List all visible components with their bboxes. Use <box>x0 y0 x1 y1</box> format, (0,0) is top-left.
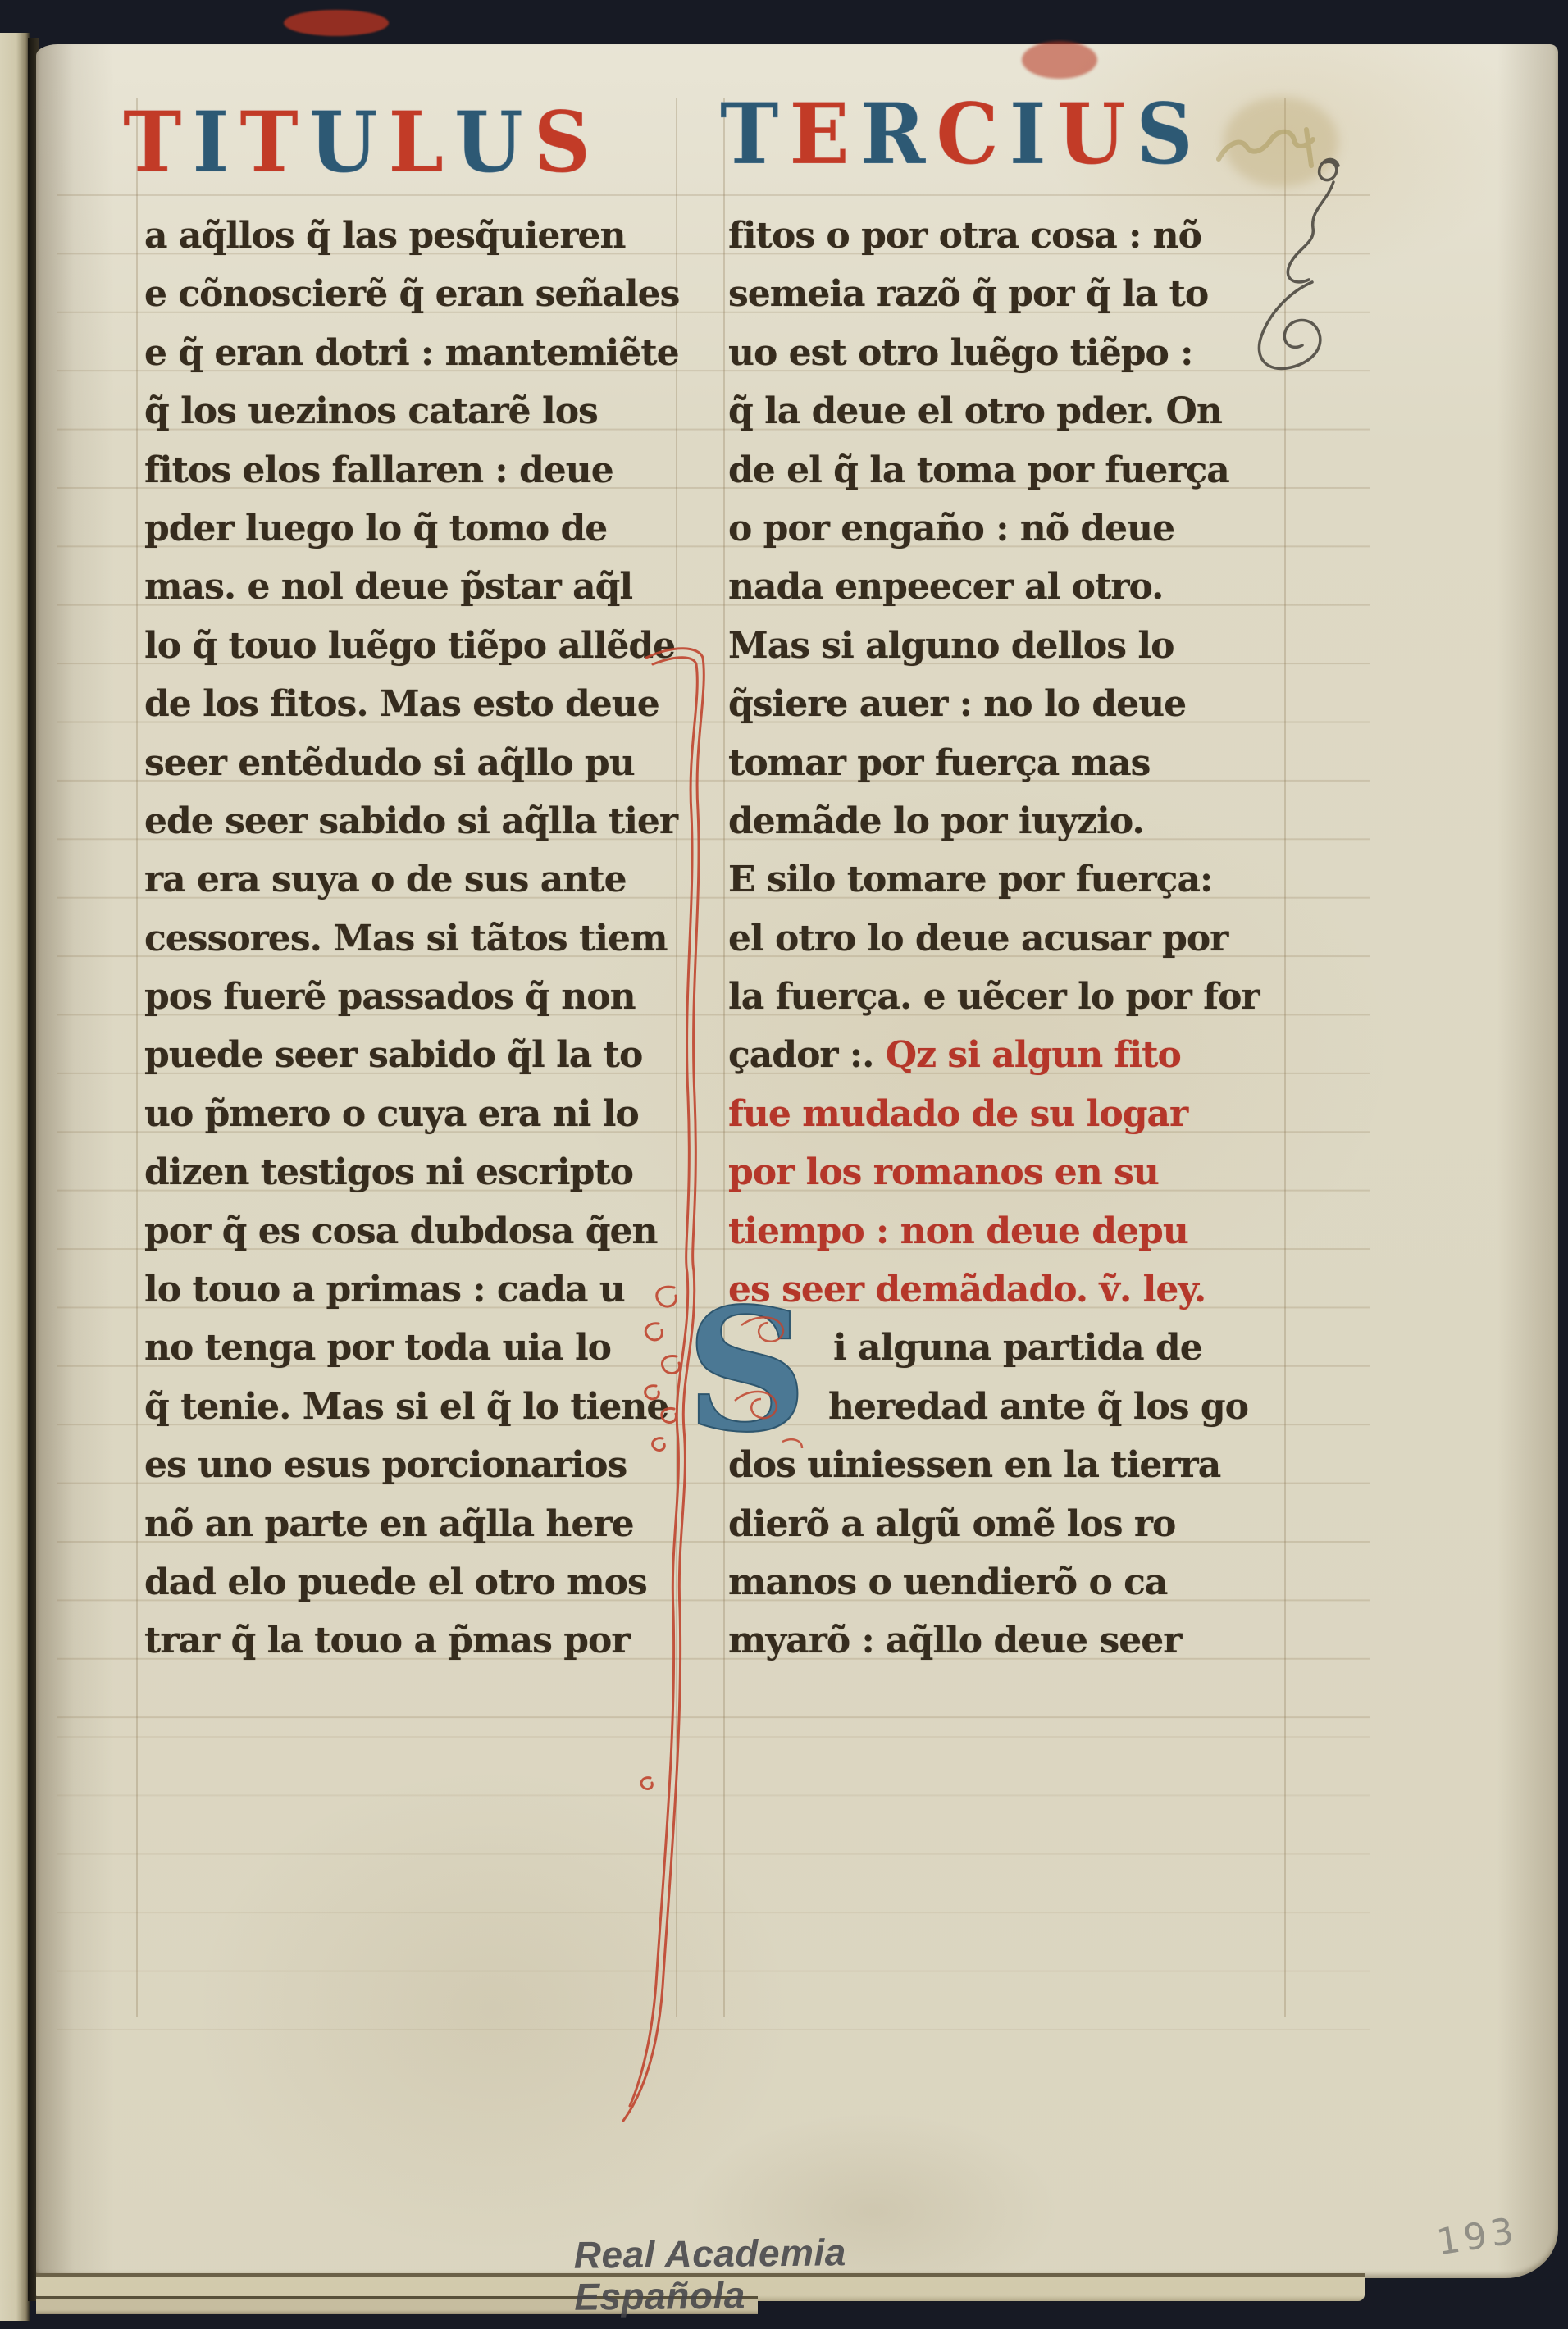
manuscript-line: por los romanos en su <box>728 1143 1294 1201</box>
text-segment: manos o uendierõ o ca <box>728 1561 1167 1603</box>
title-letter: I <box>1010 93 1046 176</box>
manuscript-line: no tenga por toda uia lo <box>144 1319 686 1377</box>
manuscript-line: de los fitos. Mas esto deue <box>144 675 686 733</box>
manuscript-line: q̃ la deue el otro pder. On <box>728 382 1294 440</box>
manuscript-line: çador :. Qz si algun fito <box>728 1026 1294 1084</box>
text-segment: cessores. Mas si tãtos tiem <box>144 918 668 959</box>
text-segment: myarõ : aq̃llo deue seer <box>728 1620 1181 1661</box>
manuscript-line: i alguna partida de <box>728 1319 1294 1377</box>
manuscript-line: a aq̃llos q̃ las pesq̃uieren <box>144 207 686 265</box>
text-segment: semeia razõ q̃ por q̃ la to <box>728 273 1208 315</box>
manuscript-line: heredad ante q̃ los go <box>728 1378 1294 1436</box>
manuscript-line: trar q̃ la touo a p̃mas por <box>144 1611 686 1670</box>
title-letter: R <box>860 93 926 176</box>
manuscript-line: semeia razõ q̃ por q̃ la to <box>728 265 1294 323</box>
previous-page-edge <box>0 33 30 2321</box>
text-segment: el otro lo deue acusar por <box>728 918 1228 959</box>
text-segment: ra era suya o de sus ante <box>144 859 627 900</box>
title-letter: C <box>936 93 998 176</box>
manuscript-line: nõ an parte en aq̃lla here <box>144 1495 686 1553</box>
manuscript-line: fitos o por otra cosa : nõ <box>728 207 1294 265</box>
text-segment: e q̃ eran dotri : mantemiẽte <box>144 332 679 374</box>
manuscript-line: fue mudado de su logar <box>728 1085 1294 1143</box>
text-segment: lo touo a primas : cada u <box>144 1269 625 1310</box>
text-segment: E silo tomare por fuerça: <box>728 859 1212 900</box>
text-segment: ede seer sabido si aq̃lla tier <box>144 800 677 842</box>
title-letter: I <box>192 101 229 185</box>
text-segment: no tenga por toda uia lo <box>144 1327 611 1369</box>
text-segment: çador :. <box>728 1034 886 1076</box>
text-segment: nõ an parte en aq̃lla here <box>144 1503 634 1545</box>
manuscript-line: q̃siere auer : no lo deue <box>728 675 1294 733</box>
text-segment: uo p̃mero o cuya era ni lo <box>144 1093 639 1135</box>
title-letter: T <box>123 101 181 185</box>
manuscript-line: la fuerça. e uẽcer lo por for <box>728 968 1294 1026</box>
manuscript-line: cessores. Mas si tãtos tiem <box>144 909 686 968</box>
text-segment: q̃ tenie. Mas si el q̃ lo tiene <box>144 1386 668 1428</box>
red-ink-stain <box>284 10 389 36</box>
title-letter: U <box>1057 93 1126 176</box>
title-letter: S <box>1136 93 1192 176</box>
text-segment: e cõnoscierẽ q̃ eran señales <box>144 273 679 315</box>
text-segment: tiempo : non deue depu <box>728 1210 1188 1252</box>
manuscript-line: uo p̃mero o cuya era ni lo <box>144 1085 686 1143</box>
text-segment: de los fitos. Mas esto deue <box>144 683 659 725</box>
text-segment: i alguna partida de <box>833 1327 1202 1369</box>
manuscript-line: uo est otro luẽgo tiẽpo : <box>728 324 1294 382</box>
title-letter: L <box>389 101 444 185</box>
manuscript-line: myarõ : aq̃llo deue seer <box>728 1611 1294 1670</box>
faded-stain <box>1224 97 1338 187</box>
title-letter: T <box>239 101 298 185</box>
text-segment: nada enpeecer al otro. <box>728 566 1163 608</box>
column-rule <box>136 98 138 2017</box>
manuscript-line: lo q̃ touo luẽgo tiẽpo allẽde <box>144 617 686 675</box>
manuscript-line: ede seer sabido si aq̃lla tier <box>144 792 686 850</box>
manuscript-line: tiempo : non deue depu <box>728 1202 1294 1260</box>
text-segment: uo est otro luẽgo tiẽpo : <box>728 332 1192 374</box>
manuscript-line: pos fuerẽ passados q̃ non <box>144 968 686 1026</box>
text-segment: seer entẽdudo si aq̃llo pu <box>144 742 635 784</box>
text-segment: pos fuerẽ passados q̃ non <box>144 976 636 1018</box>
manuscript-line: de el q̃ la toma por fuerça <box>728 441 1294 499</box>
text-segment: fitos elos fallaren : deue <box>144 449 613 491</box>
text-segment: dierõ a algũ omẽ los ro <box>728 1503 1175 1545</box>
manuscript-line: mas. e nol deue p̃star aq̃l <box>144 558 686 616</box>
manuscript-line: e cõnoscierẽ q̃ eran señales <box>144 265 686 323</box>
text-segment: heredad ante q̃ los go <box>828 1386 1248 1428</box>
text-segment: q̃ los uezinos catarẽ los <box>144 390 598 432</box>
manuscript-line: es seer demãdado. ṽ. ley. <box>728 1260 1294 1319</box>
text-column-left: a aq̃llos q̃ las pesq̃uierene cõnoscierẽ… <box>144 207 686 1670</box>
text-segment: es uno esus porcionarios <box>144 1444 627 1486</box>
manuscript-line: manos o uendierõ o ca <box>728 1553 1294 1611</box>
text-segment: puede seer sabido q̃l la to <box>144 1034 642 1076</box>
manuscript-line: Mas si alguno dellos lo <box>728 617 1294 675</box>
manuscript-line: pder luego lo q̃ tomo de <box>144 499 686 558</box>
text-segment: tomar por fuerça mas <box>728 742 1150 784</box>
manuscript-line: lo touo a primas : cada u <box>144 1260 686 1319</box>
text-segment: fitos o por otra cosa : nõ <box>728 215 1201 257</box>
manuscript-line: el otro lo deue acusar por <box>728 909 1294 968</box>
manuscript-line: tomar por fuerça mas <box>728 734 1294 792</box>
drop-cap-initial: S <box>686 1286 808 1455</box>
title-letter: S <box>534 101 590 185</box>
text-segment: la fuerça. e uẽcer lo por for <box>728 976 1260 1018</box>
manuscript-line: fitos elos fallaren : deue <box>144 441 686 499</box>
text-segment: dizen testigos ni escripto <box>144 1151 633 1193</box>
title-letter: E <box>789 93 849 176</box>
text-segment: por los romanos en su <box>728 1151 1159 1193</box>
manuscript-line: seer entẽdudo si aq̃llo pu <box>144 734 686 792</box>
manuscript-line: dizen testigos ni escripto <box>144 1143 686 1201</box>
text-segment: o por engaño : nõ deue <box>728 508 1174 549</box>
manuscript-line: dos uiniessen en la tierra <box>728 1436 1294 1494</box>
text-segment: pder luego lo q̃ tomo de <box>144 508 607 549</box>
text-segment: q̃siere auer : no lo deue <box>728 683 1186 725</box>
text-segment: Qz si algun fito <box>886 1034 1181 1076</box>
title-letter: U <box>454 101 523 185</box>
text-segment: q̃ la deue el otro pder. On <box>728 390 1222 432</box>
manuscript-line: demãde lo por iuyzio. <box>728 792 1294 850</box>
text-segment: de el q̃ la toma por fuerça <box>728 449 1229 491</box>
manuscript-line: dierõ a algũ omẽ los ro <box>728 1495 1294 1553</box>
manuscript-line: es uno esus porcionarios <box>144 1436 686 1494</box>
text-segment: demãde lo por iuyzio. <box>728 800 1144 842</box>
manuscript-line: o por engaño : nõ deue <box>728 499 1294 558</box>
text-segment: lo q̃ touo luẽgo tiẽpo allẽde <box>144 625 675 667</box>
text-segment: Mas si alguno dellos lo <box>728 625 1174 667</box>
manuscript-line: ra era suya o de sus ante <box>144 850 686 909</box>
text-column-right: fitos o por otra cosa : nõsemeia razõ q̃… <box>728 207 1294 1670</box>
text-segment: por q̃ es cosa dubdosa q̃en <box>144 1210 658 1252</box>
manuscript-line: puede seer sabido q̃l la to <box>144 1026 686 1084</box>
manuscript-line: q̃ los uezinos catarẽ los <box>144 382 686 440</box>
title-letter: U <box>309 101 378 185</box>
manuscript-line: q̃ tenie. Mas si el q̃ lo tiene <box>144 1378 686 1436</box>
title-word-tercius: TERCIUS <box>720 95 1204 174</box>
text-segment: mas. e nol deue p̃star aq̃l <box>144 566 632 608</box>
library-watermark: Real Academia Española <box>573 2230 1001 2318</box>
text-segment: a aq̃llos q̃ las pesq̃uieren <box>144 215 626 257</box>
manuscript-line: dad elo puede el otro mos <box>144 1553 686 1611</box>
text-segment: fue mudado de su logar <box>728 1093 1187 1135</box>
text-segment: dad elo puede el otro mos <box>144 1561 647 1603</box>
manuscript-line: por q̃ es cosa dubdosa q̃en <box>144 1202 686 1260</box>
column-rule <box>723 98 725 2017</box>
red-ink-stain <box>1022 41 1097 79</box>
manuscript-photo: TITULUS TERCIUS a aq̃llos q̃ las pesq̃ui… <box>0 0 1568 2329</box>
text-segment: trar q̃ la touo a p̃mas por <box>144 1620 630 1661</box>
title-letter: T <box>720 93 778 176</box>
title-word-titulus: TITULUS <box>123 103 601 182</box>
manuscript-line: nada enpeecer al otro. <box>728 558 1294 616</box>
manuscript-line: E silo tomare por fuerça: <box>728 850 1294 909</box>
manuscript-line: e q̃ eran dotri : mantemiẽte <box>144 324 686 382</box>
